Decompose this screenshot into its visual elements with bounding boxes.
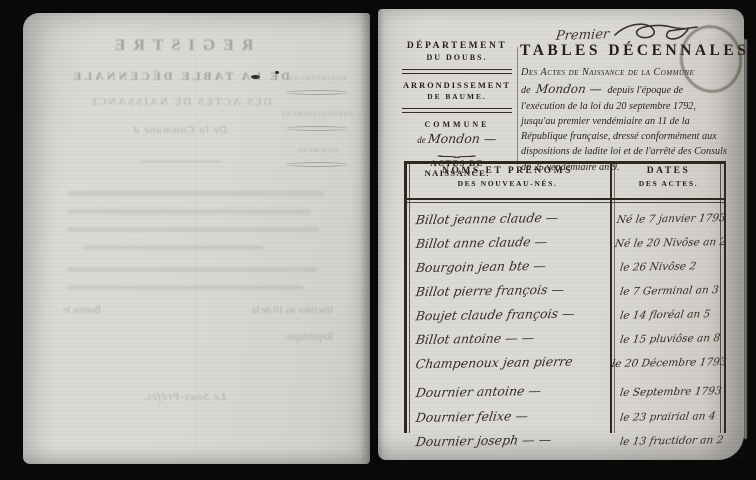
entry-name: Billot pierre françois — [415, 282, 565, 300]
commune-de: de [417, 135, 426, 145]
dates-header-line2: DES ACTES. [611, 179, 726, 188]
entry-name: Dournier antoine — [415, 383, 542, 400]
date-cell: le 7 Germinal an 3 [611, 285, 726, 297]
date-cell: le 13 fructidor an 2 [611, 435, 726, 447]
showthrough-text-line [67, 227, 319, 232]
page-edge-highlight [744, 39, 747, 439]
name-cell: Dournier felixe — [404, 409, 611, 425]
showthrough-registre: REGISTRE [57, 37, 303, 55]
name-cell: Billot pierre françois — [404, 283, 611, 299]
double-rule [402, 108, 512, 113]
entry-date: le 14 floréal an 5 [619, 308, 711, 322]
date-cell: le 14 floréal an 5 [611, 309, 726, 321]
date-cell: le 26 Nivôse 2 [611, 261, 726, 273]
date-cell: le 23 prairial an 4 [611, 411, 726, 423]
entry-date: Né le 20 Nivôse an 2 [614, 236, 727, 250]
table-row: Billot pierre françois — le 7 Germinal a… [404, 279, 726, 303]
showthrough-rule [141, 161, 221, 162]
table-header-dates: DATES DES ACTES. [611, 166, 726, 188]
name-cell: Boujet claude françois — [404, 307, 611, 323]
table-row: Champenoux jean pierre le 20 Décembre 17… [404, 351, 726, 375]
date-cell: le 15 pluviôse an 8 [611, 333, 726, 345]
table-rows: Billot jeanne claude — Né le 7 janvier 1… [404, 207, 726, 453]
pen-flourish-icon [613, 21, 699, 43]
table-row: Dournier felixe — le 23 prairial an 4 [404, 405, 726, 429]
arrondissement-value: DE BAUME. [400, 92, 514, 101]
names-header-line1: NOMS ET PRÉNOMS [404, 166, 611, 176]
entry-name: Bourgoin jean bte — [415, 258, 547, 275]
registry-table: NOMS ET PRÉNOMS DES NOUVEAU-NÉS. DATES D… [404, 161, 726, 457]
showthrough-commune-line: De la Commune d [57, 124, 303, 136]
handwritten-inscription: Premier [556, 21, 699, 44]
table-header-rule [406, 202, 724, 203]
arrondissement-label: ARRONDISSEMENT [400, 81, 514, 90]
showthrough-text-line [67, 285, 303, 290]
inscription-text: Premier [555, 27, 610, 44]
entry-date: le 15 pluviôse an 8 [619, 332, 721, 346]
showthrough-republique: République. [63, 332, 333, 343]
name-cell: Billot jeanne claude — [404, 211, 608, 227]
entry-name: Dournier felixe — [415, 408, 529, 425]
showthrough-actes-naissance: DES ACTES DE NAISSANCE [57, 96, 303, 108]
showthrough-squiggle [286, 126, 348, 131]
showthrough-text-line [67, 191, 325, 196]
double-rule [402, 69, 512, 74]
table-row: Billot anne claude — Né le 20 Nivôse an … [404, 231, 726, 255]
showthrough-table-decennale: DE LA TABLE DÉCENNALE [57, 69, 303, 84]
showthrough-title-block: REGISTRE DE LA TABLE DÉCENNALE DES ACTES… [57, 37, 303, 136]
entry-date: le 7 Germinal an 3 [619, 284, 720, 298]
name-cell: Dournier joseph — — [404, 433, 611, 449]
entry-date: le 23 prairial an 4 [619, 410, 716, 424]
entry-date: Né le 7 janvier 1793 [616, 212, 727, 226]
entry-name: Dournier joseph — — [415, 432, 553, 449]
intro-body: depuis l'époque de l'exécution de la loi… [521, 85, 727, 172]
showthrough-baume-le: Baume le [63, 305, 101, 316]
table-header-row: NOMS ET PRÉNOMS DES NOUVEAU-NÉS. DATES D… [404, 166, 726, 188]
table-row: Boujet claude françois — le 14 floréal a… [404, 303, 726, 327]
names-header-line2: DES NOUVEAU-NÉS. [404, 179, 611, 188]
dates-header-line1: DATES [611, 166, 726, 176]
entry-name: Billot antoine — — [415, 330, 536, 347]
table-row: Bourgoin jean bte — le 26 Nivôse 2 [404, 255, 726, 279]
entry-date: le Septembre 1793 [619, 385, 722, 399]
showthrough-fructidor: fructidor an 10 de la [252, 305, 333, 316]
showthrough-arrondissement: ARRONDISSEMENT [274, 111, 360, 118]
name-cell: Dournier antoine — [404, 384, 611, 400]
showthrough-text-line [67, 209, 311, 214]
entry-name: Champenoux jean pierre [415, 354, 574, 372]
showthrough-footer: Baume le fructidor an 10 de la Républiqu… [63, 305, 333, 343]
table-header-rule [406, 198, 724, 200]
table-row: Dournier antoine — le Septembre 1793 [404, 380, 726, 404]
entry-name: Boujet claude françois — [415, 306, 576, 324]
departement-value: DU DOUBS. [400, 53, 514, 62]
commune-label: COMMUNE [400, 120, 514, 129]
header-left-column: DÉPARTEMENT DU DOUBS. ARRONDISSEMENT DE … [400, 41, 514, 178]
departement-label: DÉPARTEMENT [400, 41, 514, 51]
entry-date: le 13 fructidor an 2 [619, 434, 724, 448]
right-page: Premier · · · DÉPARTEMENT DU DOUBS. ARRO… [378, 9, 744, 460]
showthrough-text-line [67, 267, 317, 272]
entry-date: le 20 Décembre 1793 [611, 356, 727, 370]
intro-de: de [521, 85, 531, 96]
date-cell: le 20 Décembre 1793 [603, 357, 726, 369]
table-row: Dournier joseph — — le 13 fructidor an 2 [404, 429, 726, 453]
date-cell: Né le 7 janvier 1793 [608, 213, 726, 225]
name-cell: Billot antoine — — [404, 331, 611, 347]
showthrough-text-line [83, 245, 263, 250]
table-row: Billot jeanne claude — Né le 7 janvier 1… [404, 207, 726, 231]
showthrough-squiggle [286, 90, 348, 95]
name-cell: Billot anne claude — [404, 235, 606, 251]
showthrough-departement: DÉPARTEMENT [274, 75, 360, 82]
entry-date: le 26 Nivôse 2 [619, 260, 697, 273]
date-cell: le Septembre 1793 [611, 386, 726, 398]
name-cell: Champenoux jean pierre [404, 355, 603, 371]
name-cell: Bourgoin jean bte — [404, 259, 611, 275]
book-gutter-shadow [360, 7, 384, 466]
entry-name: Billot jeanne claude — [415, 210, 560, 227]
entry-name: Billot anne claude — [415, 234, 548, 251]
showthrough-sous-prefet: Le Sous-Préfet. [143, 391, 226, 403]
date-cell: Né le 20 Nivôse an 2 [606, 237, 726, 249]
table-header-names: NOMS ET PRÉNOMS DES NOUVEAU-NÉS. [404, 166, 611, 188]
showthrough-squiggle [286, 162, 348, 167]
table-border-top [404, 161, 726, 164]
intro-commune-handwritten: Mondon — [535, 80, 603, 98]
left-page: REGISTRE DE LA TABLE DÉCENNALE DES ACTES… [23, 13, 370, 464]
table-row: Billot antoine — — le 15 pluviôse an 8 [404, 327, 726, 351]
header-divider-line [517, 47, 518, 165]
